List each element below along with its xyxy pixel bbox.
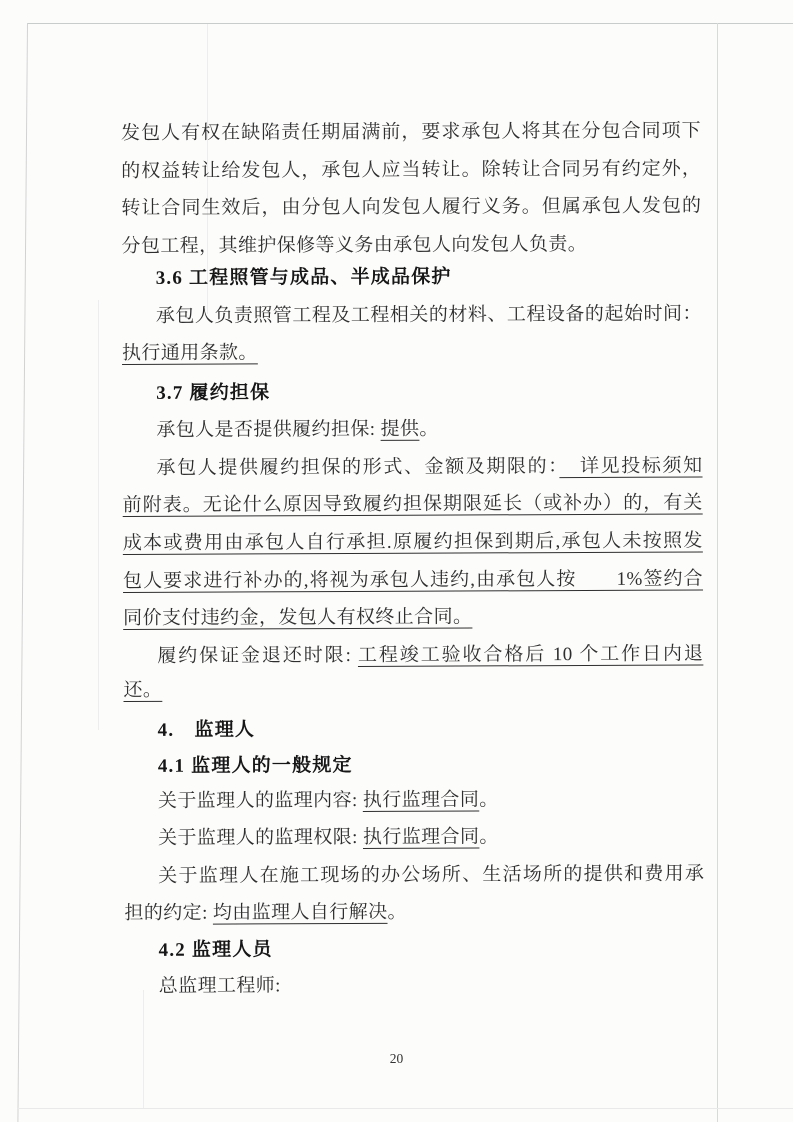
text-line: 同价支付违约金，发包人有权终止合同。 (123, 603, 703, 632)
text-segment: 3.6 工程照管与成品、半成品保护 (156, 267, 452, 289)
text-line: 还。 (123, 675, 703, 704)
text-segment: 承包人是否提供履约担保: (156, 419, 380, 441)
text-line: 总监理工程师: (125, 971, 705, 1000)
page-number: 20 (0, 1051, 793, 1067)
text-line: 承包人负责照管工程及工程相关的材料、工程设备的起始时间： (122, 301, 702, 330)
text-segment: 。 (419, 419, 438, 440)
text-segment: 承包人负责照管工程及工程相关的材料、工程设备的起始时间： (156, 303, 702, 326)
text-segment: 关于监理人的监理权限: (158, 827, 363, 849)
text-line: 的权益转让给发包人，承包人应当转让。除转让合同另有约定外， (121, 156, 701, 185)
text-segment: 履约保证金退还时限: (157, 645, 358, 667)
underlined-fill-in-text: 同价支付违约金，发包人有权终止合同。 (123, 606, 472, 629)
text-segment: 关于监理人在施工现场的办公场所、生活场所的提供和费用承 (158, 863, 704, 886)
underlined-fill-in-text: 工程竣工验收合格后 10 个工作日内退 (358, 643, 703, 666)
text-segment: 担的约定: (124, 903, 213, 924)
text-segment: 4.2 监理人员 (159, 939, 273, 960)
text-segment: 关于监理人的监理内容: (158, 790, 363, 812)
underlined-fill-in-text: 执行监理合同 (363, 789, 479, 811)
underlined-fill-in-text: 执行监理合同 (363, 826, 479, 848)
text-line: 承包人是否提供履约担保: 提供。 (122, 415, 702, 444)
text-line: 担的约定: 均由监理人自行解决。 (124, 898, 704, 927)
text-line: 执行通用条款。 (122, 338, 702, 367)
heading-line: 4.2 监理人员 (125, 935, 705, 964)
document-body: 发包人有权在缺陷责任期届满前，要求承包人将其在分包合同项下的权益转让给发包人，承… (0, 0, 793, 1122)
underlined-fill-in-text: 执行通用条款。 (122, 342, 258, 364)
underlined-fill-in-text: 提供 (381, 419, 420, 440)
text-segment: 的权益转让给发包人，承包人应当转让。除转让合同另有约定外， (121, 158, 701, 182)
text-segment: 分包工程，其维护保修等义务由承包人向发包人负责。 (121, 234, 587, 257)
text-segment: 。 (387, 902, 406, 923)
text-segment: 。 (479, 789, 498, 810)
text-line: 关于监理人在施工现场的办公场所、生活场所的提供和费用承 (124, 861, 704, 890)
underlined-fill-in-text: 还。 (123, 680, 162, 701)
text-line: 关于监理人的监理内容: 执行监理合同。 (124, 786, 704, 815)
text-segment: 3.7 履约担保 (156, 382, 270, 403)
text-line: 关于监理人的监理权限: 执行监理合同。 (124, 823, 704, 852)
underlined-fill-in-text: 前附表。无论什么原因导致履约担保期限延长（或补办）的，有关 (123, 492, 703, 516)
text-segment: 发包人有权在缺陷责任期届满前，要求承包人将其在分包合同项下 (121, 120, 701, 144)
underlined-fill-in-text: 成本或费用由承包人自行承担.原履约担保到期后,承包人未按照发 (123, 530, 703, 554)
heading-line: 3.6 工程照管与成品、半成品保护 (122, 263, 702, 292)
text-segment: 转让合同生效后，由分包人向发包人履行义务。但属承包人发包的 (121, 195, 701, 219)
text-line: 履约保证金退还时限: 工程竣工验收合格后 10 个工作日内退 (123, 641, 703, 670)
heading-line: 4.1 监理人的一般规定 (124, 751, 704, 780)
heading-line: 4. 监理人 (124, 715, 704, 744)
text-line: 成本或费用由承包人自行承担.原履约担保到期后,承包人未按照发 (123, 528, 703, 557)
text-line: 包人要求进行补办的,将视为承包人违约,由承包人按 1%签约合 (123, 566, 703, 595)
text-segment: 总监理工程师: (159, 975, 281, 997)
text-line: 转让合同生效后，由分包人向发包人履行义务。但属承包人发包的 (121, 193, 701, 222)
text-segment: 4. 监理人 (158, 719, 256, 740)
underlined-fill-in-text: 均由监理人自行解决 (213, 902, 388, 924)
text-line: 前附表。无论什么原因导致履约担保期限延长（或补办）的，有关 (123, 490, 703, 519)
text-segment: 承包人提供履约担保的形式、金额及期限的： (156, 456, 559, 479)
text-line: 发包人有权在缺陷责任期届满前，要求承包人将其在分包合同项下 (121, 118, 701, 147)
document-page: 发包人有权在缺陷责任期届满前，要求承包人将其在分包合同项下的权益转让给发包人，承… (0, 0, 793, 1122)
underlined-fill-in-text: 包人要求进行补办的,将视为承包人违约,由承包人按 1%签约合 (123, 568, 703, 592)
underlined-fill-in-text: 详见投标须知 (559, 455, 702, 477)
text-line: 分包工程，其维护保修等义务由承包人向发包人负责。 (121, 231, 701, 260)
text-segment: 。 (479, 826, 498, 847)
text-segment: 4.1 监理人的一般规定 (158, 755, 353, 777)
text-line: 承包人提供履约担保的形式、金额及期限的： 详见投标须知 (122, 453, 702, 482)
heading-line: 3.7 履约担保 (122, 378, 702, 407)
